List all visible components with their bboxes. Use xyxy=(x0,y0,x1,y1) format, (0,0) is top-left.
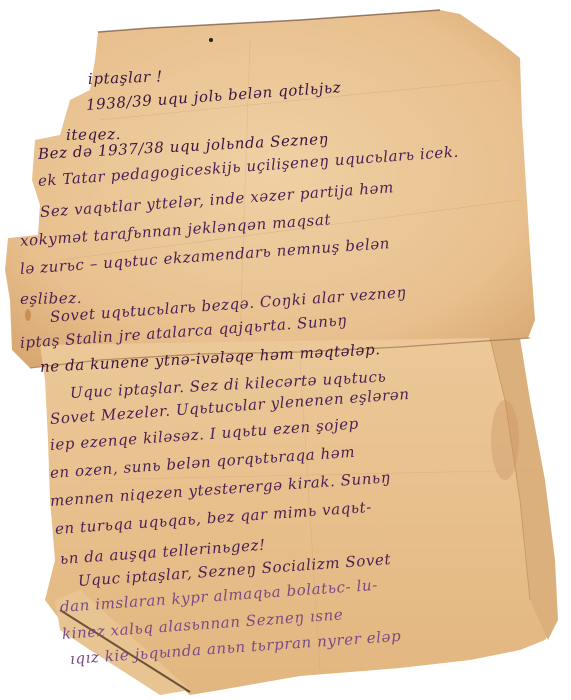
handwritten-text: iptaşlar ! 1938/39 uqu jolь belən qotlьj… xyxy=(0,0,571,700)
text-line: eşlibez. xyxy=(20,289,82,308)
text-line: iptaşlar ! xyxy=(88,67,163,88)
